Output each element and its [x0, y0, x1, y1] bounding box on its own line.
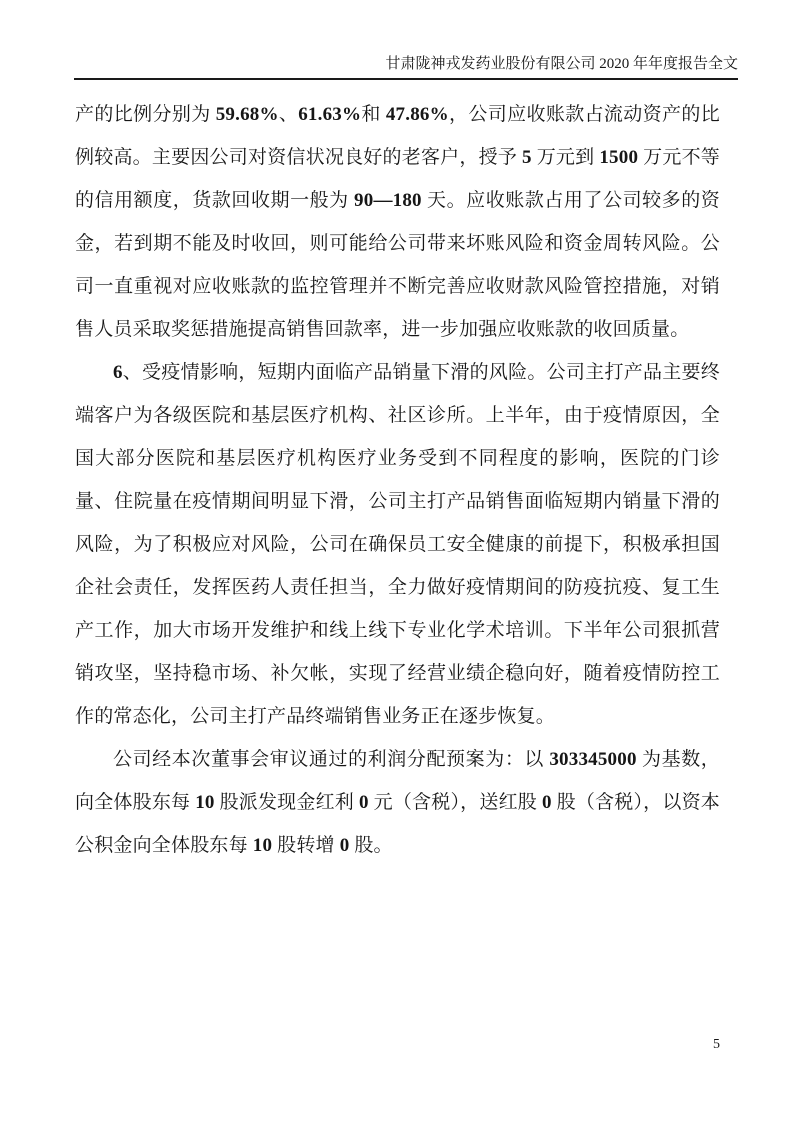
- numeric-value: 303345000: [549, 749, 636, 770]
- text-run: 元（含税），送红股: [369, 792, 542, 813]
- text-run: 股。: [349, 835, 392, 856]
- numeric-value: 6: [113, 362, 123, 383]
- text-run: 公司经本次董事会审议通过的利润分配预案为：以: [113, 749, 549, 770]
- report-page: 甘肃陇神戎发药业股份有限公司 2020 年年度报告全文 产的比例分别为 59.6…: [0, 0, 793, 1122]
- numeric-value: 61.63%: [298, 104, 361, 125]
- page-number: 5: [713, 1036, 720, 1054]
- text-run: 、受疫情影响，短期内面临产品销量下滑的风险。公司主打产品主要终端客户为各级医院和…: [75, 362, 720, 727]
- header-title: 甘肃陇神戎发药业股份有限公司 2020 年年度报告全文: [385, 56, 738, 72]
- text-run: 、: [279, 104, 299, 125]
- text-run: 天。应收账款占用了公司较多的资金，若到期不能及时收回，则可能给公司带来坏账风险和…: [75, 190, 720, 340]
- numeric-value: 59.68%: [216, 104, 279, 125]
- numeric-value: 10: [195, 792, 214, 813]
- text-run: 和: [361, 104, 386, 125]
- numeric-value: 10: [253, 835, 272, 856]
- numeric-value: 0: [359, 792, 369, 813]
- text-run: 万元到: [532, 147, 600, 168]
- page-header: 甘肃陇神戎发药业股份有限公司 2020 年年度报告全文: [75, 54, 738, 75]
- document-body: 产的比例分别为 59.68%、61.63%和 47.86%，公司应收账款占流动资…: [75, 93, 720, 867]
- numeric-value: 0: [542, 792, 552, 813]
- header-rule: [74, 78, 738, 80]
- numeric-value: 47.86%: [386, 104, 449, 125]
- paragraph-profit-distribution: 公司经本次董事会审议通过的利润分配预案为：以 303345000 为基数，向全体…: [75, 738, 720, 867]
- text-run: 股转增: [272, 835, 340, 856]
- text-run: 股派发现金红利: [215, 792, 359, 813]
- numeric-value: 90—180: [354, 190, 422, 211]
- text-run: 产的比例分别为: [75, 104, 216, 125]
- paragraph-receivables-risk: 产的比例分别为 59.68%、61.63%和 47.86%，公司应收账款占流动资…: [75, 93, 720, 351]
- paragraph-pandemic-risk: 6、受疫情影响，短期内面临产品销量下滑的风险。公司主打产品主要终端客户为各级医院…: [75, 351, 720, 738]
- numeric-value: 1500: [599, 147, 638, 168]
- numeric-value: 5: [522, 147, 532, 168]
- numeric-value: 0: [340, 835, 350, 856]
